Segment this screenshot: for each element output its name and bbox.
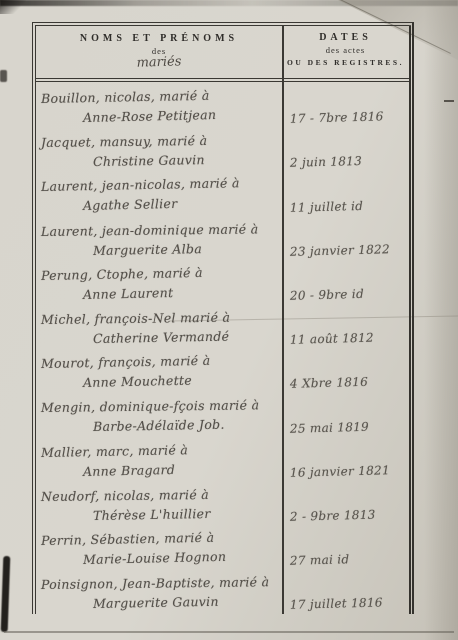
entry-names-cell: Poinsignon, Jean-Baptiste, marié à Margu… (36, 575, 282, 619)
register-table: NOMS ET PRÉNOMS des mariés DATES des act… (32, 22, 414, 614)
entry-wife-line: Catherine Vermandé (93, 326, 282, 348)
page-bottom-edge (4, 631, 454, 633)
scanned-register-page: { "header": { "col1_title": "NOMS ET PRÉ… (0, 0, 458, 640)
register-entry-row: Mallier, marc, marié à Anne Bragard 16 j… (36, 443, 409, 487)
entry-wife-line: Thérèse L'huillier (93, 502, 282, 524)
entry-date-cell: 4 Xbre 1816 (282, 372, 410, 398)
entry-wife-line: Anne Mouchette (83, 369, 282, 393)
entry-date-cell: 23 janvier 1822 (282, 239, 410, 265)
ink-smudge (0, 70, 7, 82)
entry-names-cell: Mengin, dominique-fçois marié à Barbe-Ad… (36, 398, 282, 442)
register-entry-row: Mengin, dominique-fçois marié à Barbe-Ad… (36, 398, 409, 442)
register-entry-row: Perung, Ctophe, marié à Anne Laurent 20 … (36, 266, 409, 310)
register-entry-row: Michel, françois-Nel marié à Catherine V… (36, 310, 409, 354)
entry-date-cell: 17 - 7bre 1816 (282, 107, 410, 133)
names-column-title: NOMS ET PRÉNOMS (36, 33, 282, 44)
register-entries: Bouillon, nicolas, marié à Anne-Rose Pet… (36, 82, 409, 619)
entry-names-cell: Laurent, jean-nicolas, marié à Agathe Se… (36, 177, 282, 221)
register-entry-row: Mourot, françois, marié à Anne Mouchette… (36, 354, 409, 398)
entry-date-cell: 11 août 1812 (282, 328, 410, 354)
header-dates-column: DATES des actes OU DES REGISTRES. (282, 26, 409, 78)
page-edge-shading (424, 0, 458, 640)
entry-wife-line: Anne Laurent (83, 280, 282, 304)
entry-wife-line: Marie-Louise Hognon (83, 545, 282, 569)
entry-date-cell: 20 - 9bre id (282, 284, 410, 310)
register-entry-row: Laurent, jean-dominique marié à Margueri… (36, 222, 409, 266)
entry-names-cell: Mourot, françois, marié à Anne Mouchette (36, 354, 282, 398)
header-names-column: NOMS ET PRÉNOMS des mariés (36, 26, 282, 78)
table-header: NOMS ET PRÉNOMS des mariés DATES des act… (36, 26, 409, 82)
scan-corner-shadow (0, 0, 26, 14)
entry-husband-line: Laurent, jean-dominique marié à (41, 219, 282, 241)
entry-date-cell: 2 - 9bre 1813 (282, 505, 410, 531)
register-entry-row: Laurent, jean-nicolas, marié à Agathe Se… (36, 177, 409, 221)
entry-wife-line: Marguerite Alba (93, 237, 282, 259)
entry-names-cell: Laurent, jean-dominique marié à Margueri… (36, 222, 282, 266)
entry-wife-line: Marguerite Gauvin (93, 591, 282, 613)
entry-date-cell: 17 juillet 1816 (282, 593, 410, 619)
entry-wife-line: Agathe Sellier (83, 192, 282, 216)
entry-date-cell: 2 juin 1813 (282, 151, 410, 177)
entry-names-cell: Perung, Ctophe, marié à Anne Laurent (36, 266, 282, 310)
register-entry-row: Neudorf, nicolas, marié à Thérèse L'huil… (36, 487, 409, 531)
entry-wife-line: Anne Bragard (83, 457, 282, 481)
entry-date-cell: 27 mai id (282, 549, 410, 575)
entry-date-cell: 16 janvier 1821 (282, 460, 410, 486)
dates-column-title: DATES (282, 32, 409, 43)
dates-column-subtitle: des actes (282, 45, 409, 55)
entry-date-cell: 25 mai 1819 (282, 416, 410, 442)
entry-wife-line: Barbe-Adélaïde Job. (93, 414, 282, 436)
entry-date-cell: 11 juillet id (282, 195, 410, 221)
binding-shadow (1, 556, 11, 632)
entry-names-cell: Michel, françois-Nel marié à Catherine V… (36, 310, 282, 354)
register-entry-row: Jacquet, mansuy, marié à Christine Gauvi… (36, 133, 409, 177)
entry-names-cell: Mallier, marc, marié à Anne Bragard (36, 443, 282, 487)
entry-names-cell: Jacquet, mansuy, marié à Christine Gauvi… (36, 133, 282, 177)
register-entry-row: Bouillon, nicolas, marié à Anne-Rose Pet… (36, 89, 409, 133)
margin-pen-mark (444, 100, 454, 102)
entry-names-cell: Bouillon, nicolas, marié à Anne-Rose Pet… (36, 89, 282, 133)
entry-names-cell: Neudorf, nicolas, marié à Thérèse L'huil… (36, 487, 282, 531)
register-entry-row: Poinsignon, Jean-Baptiste, marié à Margu… (36, 575, 409, 619)
entry-wife-line: Christine Gauvin (93, 149, 282, 171)
entry-wife-line: Anne-Rose Petitjean (83, 103, 282, 127)
register-entry-row: Perrin, Sébastien, marié à Marie-Louise … (36, 531, 409, 575)
entry-names-cell: Perrin, Sébastien, marié à Marie-Louise … (36, 531, 282, 575)
dates-column-subtitle2: OU DES REGISTRES. (282, 58, 409, 67)
